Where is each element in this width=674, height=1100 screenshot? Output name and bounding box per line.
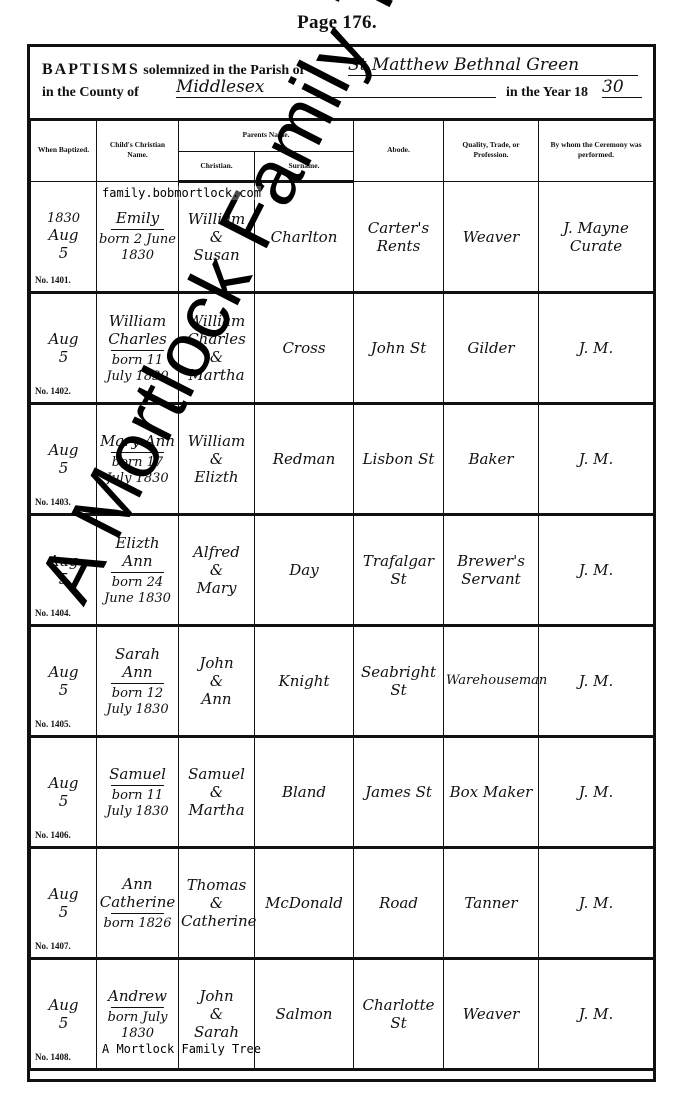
surname-cell: Charlton <box>255 182 354 293</box>
abode-cell: Carter's Rents <box>354 182 444 293</box>
officiant-cell: J. Mayne Curate <box>539 182 654 293</box>
date-cell: Aug 5 No. 1407. <box>31 848 97 959</box>
parents-christian-cell: William& Elizth <box>179 404 255 515</box>
abode-cell: James St <box>354 737 444 848</box>
parents-christian-cell: Samuel& Martha <box>179 737 255 848</box>
col-abode: Abode. <box>354 119 444 182</box>
col-quality: Quality, Trade, or Profession. <box>444 119 539 182</box>
parents-christian-cell: Thomas& Catherine <box>179 848 255 959</box>
surname-cell: Bland <box>255 737 354 848</box>
officiant-cell: J. M. <box>539 737 654 848</box>
child-cell: Sarah Ann born 12 July 1830 <box>97 626 179 737</box>
surname-cell: Redman <box>255 404 354 515</box>
col-parents-christian: Christian. <box>179 152 255 182</box>
entry-number: No. 1407. <box>35 941 71 951</box>
entry-number: No. 1408. <box>35 1052 71 1062</box>
col-parents-name: Parents Name. <box>179 119 354 152</box>
table-row: Aug 5 No. 1404. Elizth Ann born 24 June … <box>31 515 654 626</box>
parents-christian-cell: William Charles& Martha <box>179 293 255 404</box>
officiant-cell: J. M. <box>539 293 654 404</box>
entry-number: No. 1403. <box>35 497 71 507</box>
entry-number: No. 1404. <box>35 608 71 618</box>
officiant-cell: J. M. <box>539 848 654 959</box>
trade-cell: Warehouseman <box>444 626 539 737</box>
date-cell: Aug 5 No. 1405. <box>31 626 97 737</box>
col-parents-surname: Surname. <box>255 152 354 182</box>
officiant-cell: J. M. <box>539 626 654 737</box>
trade-cell: Weaver <box>444 182 539 293</box>
col-child-name: Child's Christian Name. <box>97 119 179 182</box>
watermark-footer: A Mortlock Family Tree <box>102 1042 261 1056</box>
parents-christian-cell: Alfred& Mary <box>179 515 255 626</box>
register-header: BAPTISMS solemnized in the Parish of St … <box>30 47 653 121</box>
trade-cell: Tanner <box>444 848 539 959</box>
abode-cell: Charlotte St <box>354 959 444 1070</box>
entry-number: No. 1402. <box>35 386 71 396</box>
col-ceremony-by: By whom the Ceremony was performed. <box>539 119 654 182</box>
date-cell: Aug 5 No. 1402. <box>31 293 97 404</box>
table-row: Aug 5 No. 1403. Mary Ann born 17 July 18… <box>31 404 654 515</box>
surname-cell: McDonald <box>255 848 354 959</box>
year-note: 1830 <box>33 211 94 227</box>
date-cell: 1830 Aug 5 No. 1401. <box>31 182 97 293</box>
solemnized-text: solemnized in the Parish of <box>143 63 304 78</box>
entry-number: No. 1406. <box>35 830 71 840</box>
trade-cell: Brewer's Servant <box>444 515 539 626</box>
child-cell: Mary Ann born 17 July 1830 <box>97 404 179 515</box>
parents-christian-cell: John& Ann <box>179 626 255 737</box>
child-cell: Ann Catherine born 1826 <box>97 848 179 959</box>
date-cell: Aug 5 No. 1406. <box>31 737 97 848</box>
table-row: Aug 5 No. 1402. William Charles born 11 … <box>31 293 654 404</box>
child-cell: Samuel born 11 July 1830 <box>97 737 179 848</box>
trade-cell: Weaver <box>444 959 539 1070</box>
parish-handwritten: St Matthew Bethnal Green <box>348 55 638 76</box>
county-handwritten: Middlesex <box>176 77 496 98</box>
year-handwritten: 30 <box>602 77 642 98</box>
date-cell: Aug 5 No. 1404. <box>31 515 97 626</box>
officiant-cell: J. M. <box>539 515 654 626</box>
table-row: Aug 5 No. 1407. Ann Catherine born 1826 … <box>31 848 654 959</box>
officiant-cell: J. M. <box>539 959 654 1070</box>
surname-cell: Salmon <box>255 959 354 1070</box>
trade-cell: Box Maker <box>444 737 539 848</box>
county-label: in the County of <box>42 85 139 101</box>
baptisms-label: BAPTISMS <box>42 61 140 78</box>
surname-cell: Day <box>255 515 354 626</box>
abode-cell: Lisbon St <box>354 404 444 515</box>
col-when-baptised: When Baptized. <box>31 119 97 182</box>
entry-number: No. 1405. <box>35 719 71 729</box>
page-number-title: Page 176. <box>0 12 674 34</box>
register-table: When Baptized. Child's Christian Name. P… <box>30 118 654 1071</box>
year-label: in the Year 18 <box>506 85 588 101</box>
abode-cell: Seabright St <box>354 626 444 737</box>
abode-cell: Road <box>354 848 444 959</box>
table-row: Aug 5 No. 1405. Sarah Ann born 12 July 1… <box>31 626 654 737</box>
date-cell: Aug 5 No. 1403. <box>31 404 97 515</box>
surname-cell: Cross <box>255 293 354 404</box>
child-cell: William Charles born 11 July 1830 <box>97 293 179 404</box>
officiant-cell: J. M. <box>539 404 654 515</box>
date-cell: Aug 5 No. 1408. <box>31 959 97 1070</box>
watermark-url: family.bobmortlock.com <box>102 186 261 200</box>
abode-cell: Trafalgar St <box>354 515 444 626</box>
entry-number: No. 1401. <box>35 275 71 285</box>
trade-cell: Baker <box>444 404 539 515</box>
trade-cell: Gilder <box>444 293 539 404</box>
surname-cell: Knight <box>255 626 354 737</box>
child-cell: Elizth Ann born 24 June 1830 <box>97 515 179 626</box>
table-row: Aug 5 No. 1406. Samuel born 11 July 1830… <box>31 737 654 848</box>
abode-cell: John St <box>354 293 444 404</box>
